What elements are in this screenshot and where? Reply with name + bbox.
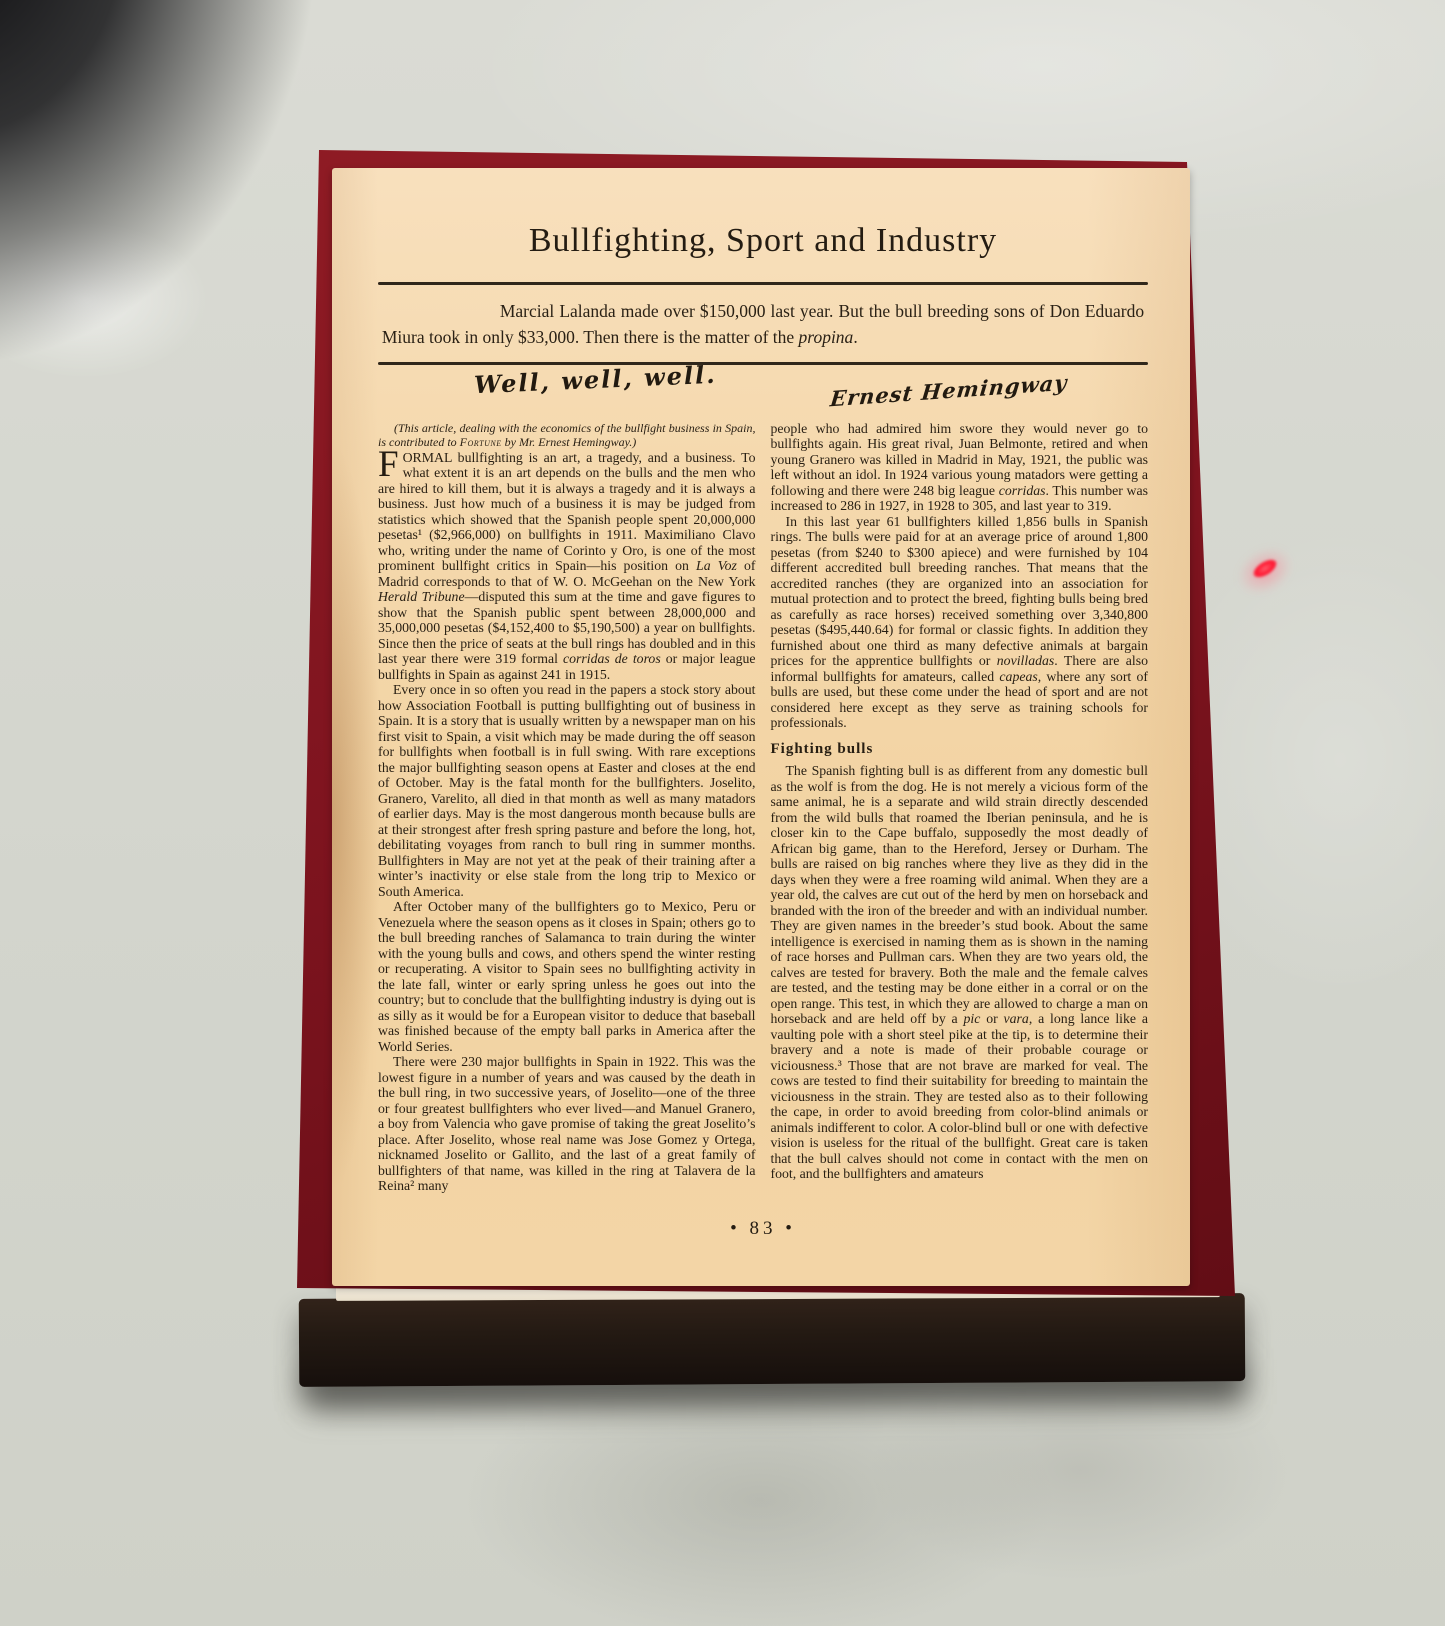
book-back-cover (299, 1293, 1246, 1387)
contributor-note: (This article, dealing with the economic… (378, 421, 756, 450)
photo-scene: Bullfighting, Sport and Industry Marcial… (0, 0, 1445, 1626)
right-column-paragraphs: people who had admired him swore they wo… (771, 421, 1149, 731)
paragraph: In this last year 61 bullfighters killed… (771, 514, 1149, 731)
fighting-bulls-paragraphs: The Spanish fighting bull is as differen… (771, 763, 1149, 1182)
page-content: Bullfighting, Sport and Industry Marcial… (332, 168, 1190, 1286)
title-rule (378, 282, 1148, 285)
section-heading-fighting-bulls: Fighting bulls (771, 742, 1149, 758)
handwritten-note: Well, well, well. (473, 359, 717, 399)
left-column-paragraphs: Every once in so often you read in the p… (378, 682, 756, 1194)
paragraph: There were 230 major bullfights in Spain… (378, 1054, 756, 1194)
article-deck: Marcial Lalanda made over $150,000 last … (382, 298, 1144, 351)
paragraph: Every once in so often you read in the p… (378, 682, 756, 899)
book-page: Bullfighting, Sport and Industry Marcial… (332, 168, 1190, 1286)
article-title: Bullfighting, Sport and Industry (378, 222, 1148, 260)
page-number: • 83 • (378, 1218, 1148, 1240)
paragraph: people who had admired him swore they wo… (771, 421, 1149, 514)
paragraph: After October many of the bullfighters g… (378, 899, 756, 1054)
opening-paragraph-text: ORMAL bullfighting is an art, a tragedy,… (378, 450, 756, 682)
right-column: people who had admired him swore they wo… (771, 421, 1149, 1194)
article-columns: (This article, dealing with the economic… (378, 421, 1148, 1194)
hemingway-signature: Ernest Hemingway (829, 369, 1069, 411)
left-column: (This article, dealing with the economic… (378, 421, 756, 1194)
drop-cap: F (378, 450, 403, 479)
paragraph: The Spanish fighting bull is as differen… (771, 763, 1149, 1182)
handwritten-annotations: Well, well, well. Ernest Hemingway (378, 365, 1148, 417)
opening-paragraph: FORMAL bullfighting is an art, a tragedy… (378, 450, 756, 683)
